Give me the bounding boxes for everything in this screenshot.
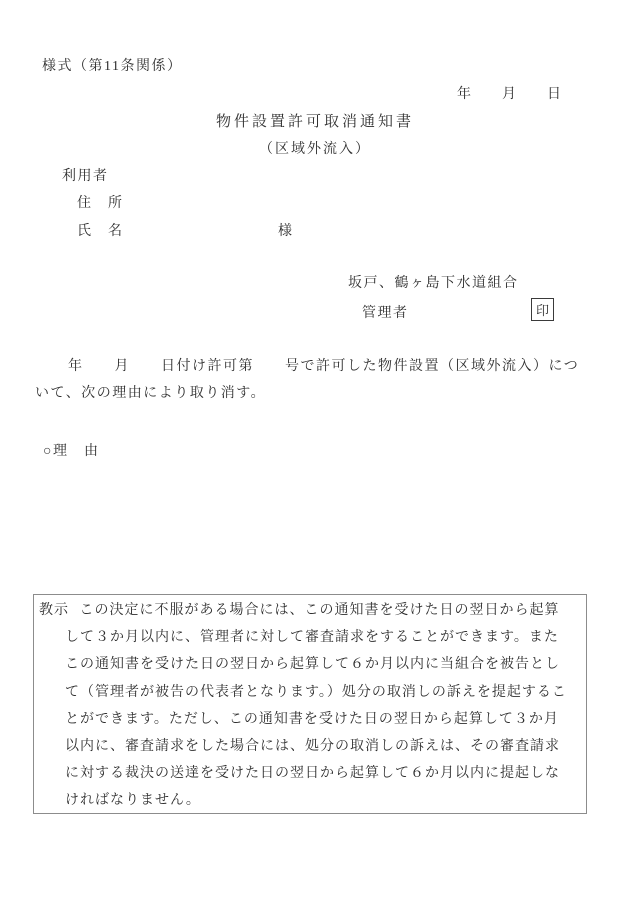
appeal-notice-label: 教示 (39, 603, 69, 618)
appeal-notice-line: て（管理者が被告の代表者となります。）処分の取消しの訴えを提起するこ (34, 679, 586, 706)
appeal-notice-line: 以内に、審査請求をした場合には、処分の取消しの訴えは、その審査請求 (34, 733, 586, 760)
issuer-organization: 坂戸、鶴ヶ島下水道組合 (348, 272, 519, 292)
reason-heading: ○理 由 (43, 440, 99, 460)
addressee-user-label: 利用者 (62, 165, 109, 185)
issuer-manager-label: 管理者 (362, 302, 409, 322)
page-subtitle: （区域外流入） (0, 138, 630, 158)
appeal-notice-line: ければなりません。 (34, 787, 586, 814)
page-title: 物件設置許可取消通知書 (0, 110, 630, 131)
body-text-line: いて、次の理由により取り消す。 (35, 382, 266, 402)
date-month-label: 月 (502, 83, 518, 103)
seal-placeholder-box: 印 (531, 298, 554, 321)
addressee-address-label: 住 所 (77, 192, 124, 212)
appeal-notice-line: 教示 この決定に不服がある場合には、この通知書を受けた日の翌日から起算 (34, 597, 586, 624)
date-year-label: 年 (457, 83, 473, 103)
appeal-notice-line: この通知書を受けた日の翌日から起算して６か月以内に当組合を被告とし (34, 651, 586, 678)
appeal-notice-line: とができます。ただし、この通知書を受けた日の翌日から起算して３か月 (34, 706, 586, 733)
body-text-line: 年 月 日付け許可第 号で許可した物件設置（区域外流入）につ (68, 355, 579, 375)
appeal-notice-text: この決定に不服がある場合には、この通知書を受けた日の翌日から起算 (80, 603, 560, 618)
date-day-label: 日 (547, 83, 563, 103)
seal-mark: 印 (536, 300, 549, 319)
appeal-notice-line: に対する裁決の送達を受けた日の翌日から起算して６か月以内に提起しな (34, 760, 586, 787)
appeal-notice-box: 教示 この決定に不服がある場合には、この通知書を受けた日の翌日から起算 して３か… (33, 594, 587, 814)
form-note: 様式（第11条関係） (42, 55, 182, 75)
appeal-notice-line: して３か月以内に、管理者に対して審査請求をすることができます。また (34, 624, 586, 651)
addressee-name-label: 氏 名 (77, 220, 124, 240)
document-page: 様式（第11条関係） 年 月 日 物件設置許可取消通知書 （区域外流入） 利用者… (0, 0, 630, 903)
addressee-honorific: 様 (278, 220, 294, 240)
